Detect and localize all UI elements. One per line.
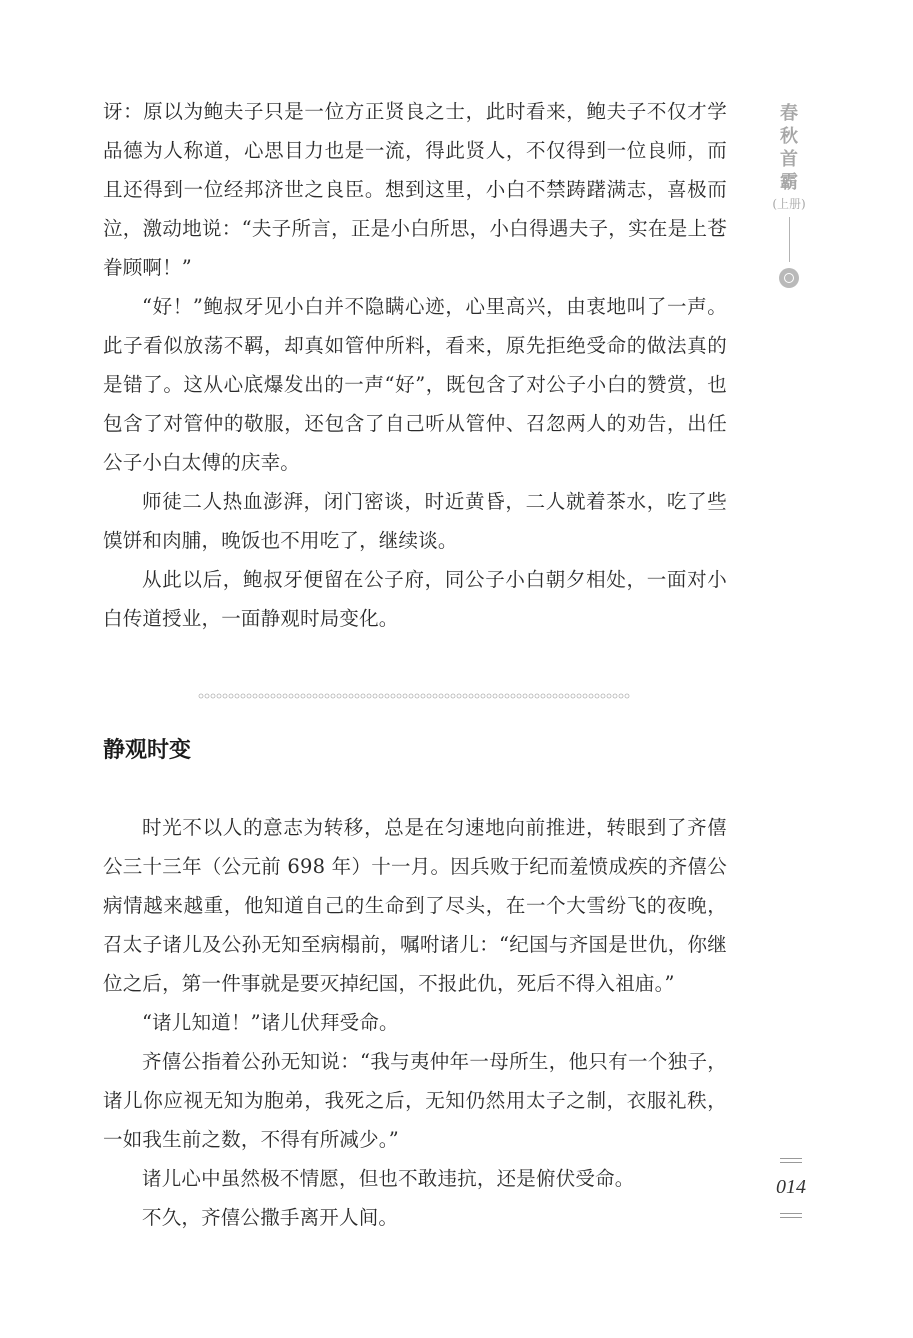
ornamental-divider xyxy=(198,692,630,700)
volume-label: (上册) xyxy=(766,195,812,213)
paragraph: 从此以后，鲍叔牙便留在公子府，同公子小白朝夕相处，一面对小白传道授业，一面静观时… xyxy=(103,560,727,638)
paragraph: 讶：原以为鲍夫子只是一位方正贤良之士，此时看来，鲍夫子不仅才学品德为人称道，心思… xyxy=(103,92,727,287)
section-body-text: 时光不以人的意志为转移，总是在匀速地向前推进，转眼到了齐僖公三十三年（公元前 6… xyxy=(103,808,727,1237)
double-rule-top xyxy=(780,1158,802,1163)
paragraph: “诸儿知道！”诸儿伏拜受命。 xyxy=(103,1003,727,1042)
page-number-block: 014 xyxy=(776,1158,806,1218)
section-title: 静观时变 xyxy=(103,733,191,764)
book-title-char: 秋 xyxy=(772,125,806,148)
book-title-char: 春 xyxy=(772,102,806,125)
section-continued-text: 讶：原以为鲍夫子只是一位方正贤良之士，此时看来，鲍夫子不仅才学品德为人称道，心思… xyxy=(103,92,727,638)
paragraph: 齐僖公指着公孙无知说：“我与夷仲年一母所生，他只有一个独子，诸儿你应视无知为胞弟… xyxy=(103,1042,727,1159)
paragraph: 时光不以人的意志为转移，总是在匀速地向前推进，转眼到了齐僖公三十三年（公元前 6… xyxy=(103,808,727,1003)
vertical-rule xyxy=(789,217,790,262)
page-number: 014 xyxy=(776,1175,806,1199)
paragraph: 师徒二人热血澎湃，闭门密谈，时近黄昏，二人就着茶水，吃了些馍饼和肉脯，晚饭也不用… xyxy=(103,482,727,560)
round-ornament-icon xyxy=(779,268,799,288)
paragraph: 不久，齐僖公撒手离开人间。 xyxy=(103,1198,727,1237)
double-rule-bottom xyxy=(780,1213,802,1218)
book-title-char: 霸 xyxy=(772,171,806,194)
book-title-char: 首 xyxy=(772,148,806,171)
paragraph: “好！”鲍叔牙见小白并不隐瞒心迹，心里高兴，由衷地叫了一声。此子看似放荡不羁，却… xyxy=(103,287,727,482)
paragraph: 诸儿心中虽然极不情愿，但也不敢违抗，还是俯伏受命。 xyxy=(103,1159,727,1198)
running-header-sidebar: 春 秋 首 霸 (上册) xyxy=(772,102,806,288)
